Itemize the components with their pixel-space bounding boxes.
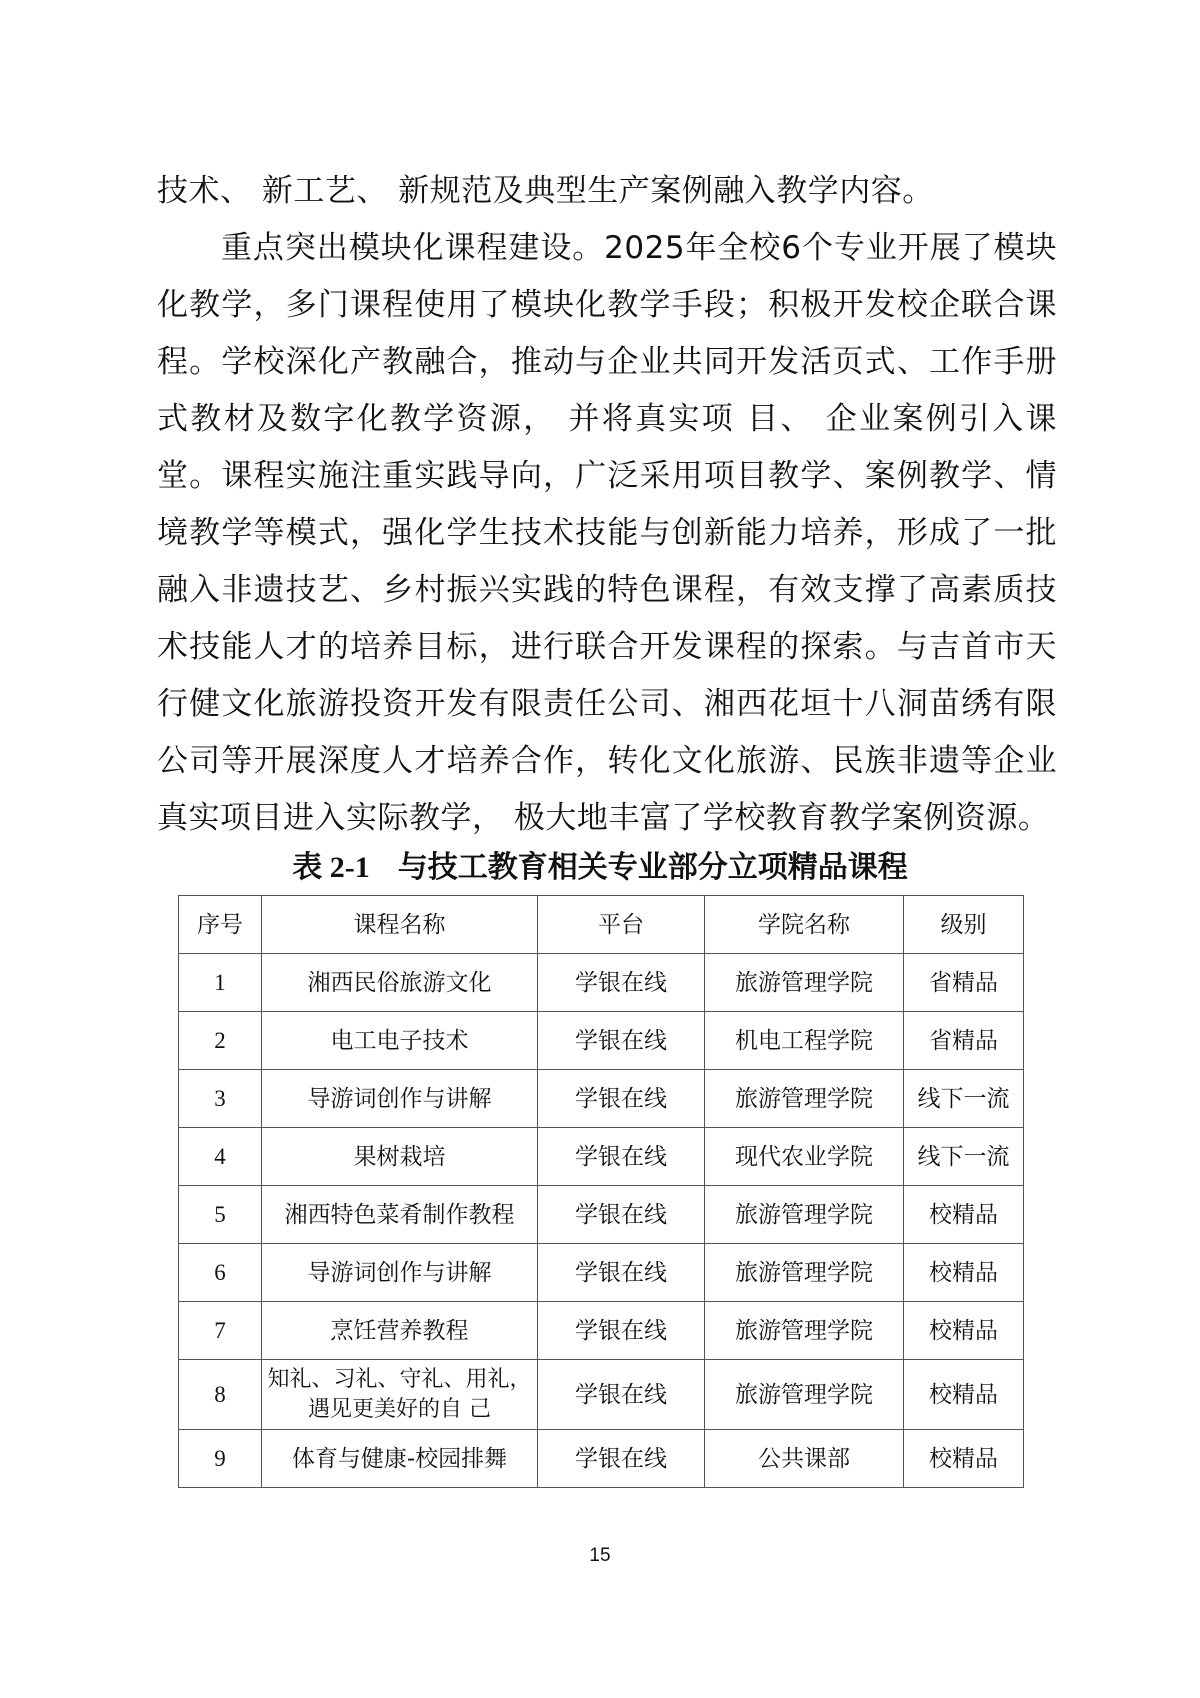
cell-platform: 学银在线 (538, 1070, 705, 1128)
cell-course: 果树栽培 (262, 1128, 538, 1186)
cell-platform: 学银在线 (538, 1128, 705, 1186)
paragraph-1: 技术、 新工艺、 新规范及典型生产案例融入教学内容。 (157, 163, 1057, 220)
cell-college: 现代农业学院 (705, 1128, 904, 1186)
header-index: 序号 (179, 896, 262, 954)
cell-course-line-1: 知礼、习礼、守礼、用礼， (266, 1365, 533, 1395)
table-caption-number: 表 2-1 (292, 851, 370, 884)
cell-platform: 学银在线 (538, 1360, 705, 1430)
table-row: 6 导游词创作与讲解 学银在线 旅游管理学院 校精品 (179, 1244, 1024, 1302)
cell-course-line-2: 遇见更美好的自 己 (266, 1395, 533, 1425)
cell-platform: 学银在线 (538, 1244, 705, 1302)
cell-college: 旅游管理学院 (705, 954, 904, 1012)
cell-level: 校精品 (904, 1360, 1024, 1430)
cell-index: 4 (179, 1128, 262, 1186)
courses-table: 序号 课程名称 平台 学院名称 级别 1 湘西民俗旅游文化 学银在线 旅游管理学… (178, 895, 1024, 1488)
cell-index: 2 (179, 1012, 262, 1070)
cell-college: 旅游管理学院 (705, 1070, 904, 1128)
cell-course: 烹饪营养教程 (262, 1302, 538, 1360)
cell-college: 公共课部 (705, 1430, 904, 1488)
table-row: 2 电工电子技术 学银在线 机电工程学院 省精品 (179, 1012, 1024, 1070)
table-row: 5 湘西特色菜肴制作教程 学银在线 旅游管理学院 校精品 (179, 1186, 1024, 1244)
cell-index: 6 (179, 1244, 262, 1302)
cell-platform: 学银在线 (538, 954, 705, 1012)
cell-index: 5 (179, 1186, 262, 1244)
header-level: 级别 (904, 896, 1024, 954)
cell-level: 校精品 (904, 1302, 1024, 1360)
table-row: 7 烹饪营养教程 学银在线 旅游管理学院 校精品 (179, 1302, 1024, 1360)
header-college-name: 学院名称 (705, 896, 904, 954)
cell-platform: 学银在线 (538, 1012, 705, 1070)
cell-platform: 学银在线 (538, 1430, 705, 1488)
cell-course: 导游词创作与讲解 (262, 1070, 538, 1128)
table-row: 3 导游词创作与讲解 学银在线 旅游管理学院 线下一流 (179, 1070, 1024, 1128)
cell-index: 8 (179, 1360, 262, 1430)
cell-college: 机电工程学院 (705, 1012, 904, 1070)
cell-level: 省精品 (904, 954, 1024, 1012)
cell-level: 省精品 (904, 1012, 1024, 1070)
document-page: 技术、 新工艺、 新规范及典型生产案例融入教学内容。 重点突出模块化课程建设。2… (0, 0, 1200, 1698)
cell-platform: 学银在线 (538, 1186, 705, 1244)
cell-college: 旅游管理学院 (705, 1186, 904, 1244)
table-row: 9 体育与健康-校园排舞 学银在线 公共课部 校精品 (179, 1430, 1024, 1488)
cell-course: 知礼、习礼、守礼、用礼， 遇见更美好的自 己 (262, 1360, 538, 1430)
body-text: 技术、 新工艺、 新规范及典型生产案例融入教学内容。 重点突出模块化课程建设。2… (157, 163, 1057, 847)
table-row: 4 果树栽培 学银在线 现代农业学院 线下一流 (179, 1128, 1024, 1186)
header-platform: 平台 (538, 896, 705, 954)
table-row: 8 知礼、习礼、守礼、用礼， 遇见更美好的自 己 学银在线 旅游管理学院 校精品 (179, 1360, 1024, 1430)
cell-level: 校精品 (904, 1186, 1024, 1244)
cell-college: 旅游管理学院 (705, 1302, 904, 1360)
paragraph-2: 重点突出模块化课程建设。2025年全校6个专业开展了模块化教学，多门课程使用了模… (157, 220, 1057, 847)
header-course-name: 课程名称 (262, 896, 538, 954)
cell-course: 湘西民俗旅游文化 (262, 954, 538, 1012)
cell-level: 校精品 (904, 1430, 1024, 1488)
cell-index: 7 (179, 1302, 262, 1360)
cell-index: 3 (179, 1070, 262, 1128)
cell-course: 导游词创作与讲解 (262, 1244, 538, 1302)
cell-college: 旅游管理学院 (705, 1360, 904, 1430)
cell-course: 电工电子技术 (262, 1012, 538, 1070)
cell-level: 线下一流 (904, 1070, 1024, 1128)
table-header-row: 序号 课程名称 平台 学院名称 级别 (179, 896, 1024, 954)
cell-level: 校精品 (904, 1244, 1024, 1302)
cell-college: 旅游管理学院 (705, 1244, 904, 1302)
page-number: 15 (0, 1545, 1200, 1567)
table-caption-title: 与技工教育相关专业部分立项精品课程 (398, 850, 908, 885)
cell-index: 9 (179, 1430, 262, 1488)
cell-index: 1 (179, 954, 262, 1012)
table-row: 1 湘西民俗旅游文化 学银在线 旅游管理学院 省精品 (179, 954, 1024, 1012)
cell-level: 线下一流 (904, 1128, 1024, 1186)
cell-course: 体育与健康-校园排舞 (262, 1430, 538, 1488)
table-caption: 表 2-1与技工教育相关专业部分立项精品课程 (0, 848, 1200, 888)
cell-course: 湘西特色菜肴制作教程 (262, 1186, 538, 1244)
cell-platform: 学银在线 (538, 1302, 705, 1360)
